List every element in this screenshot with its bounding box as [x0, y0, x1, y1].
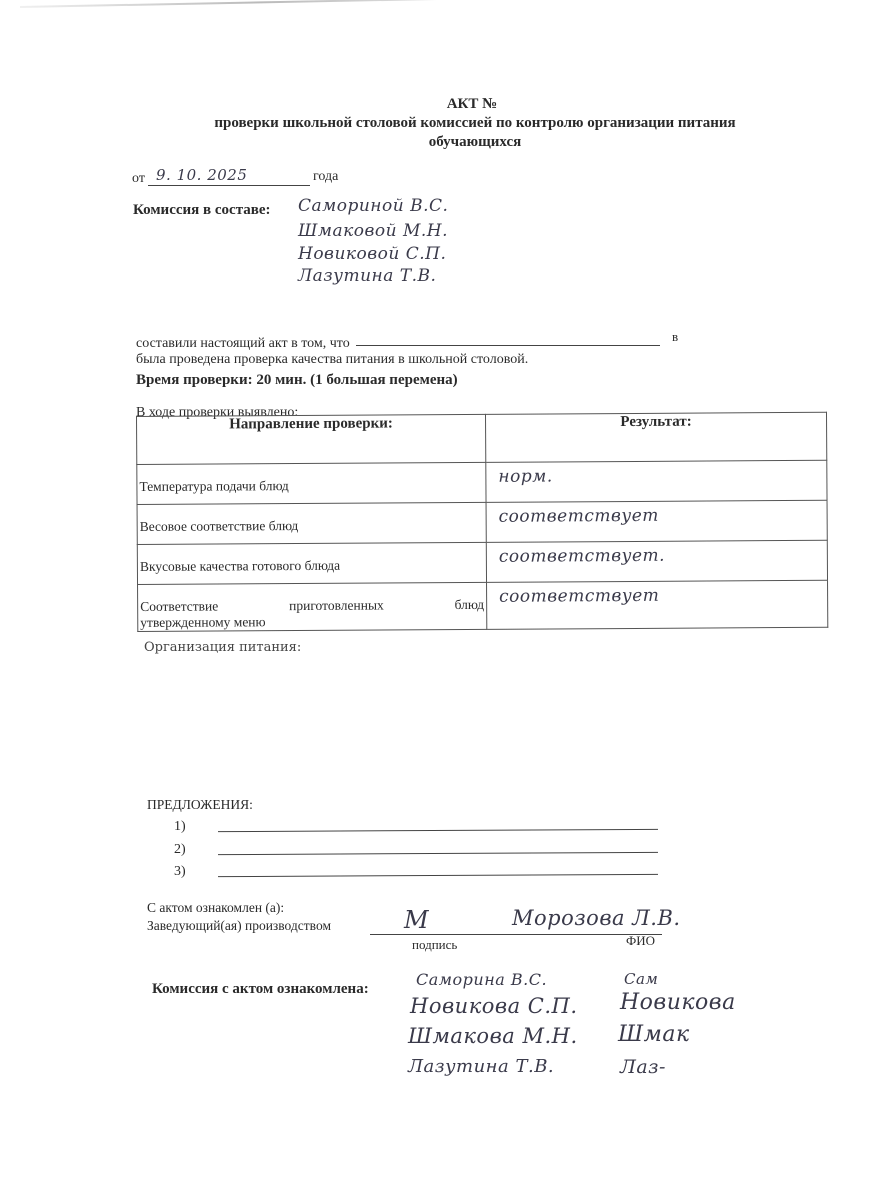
proposal-number-2: 2)	[174, 842, 186, 858]
proposal-number-3: 3)	[174, 864, 186, 880]
date-suffix: года	[313, 169, 338, 185]
signature-caption: подпись	[412, 937, 457, 953]
direction-word: приготовленных	[289, 597, 384, 614]
statement-line1: составили настоящий акт в том, что	[136, 336, 350, 352]
document-subtitle-line2: обучающихся	[120, 134, 830, 151]
scan-artifact	[20, 0, 500, 8]
commission-member-4: Лазутина Т.В.	[298, 266, 436, 286]
header-direction: Направление проверки:	[139, 415, 483, 434]
commission-label: Комиссия в составе:	[133, 202, 271, 219]
proposal-field-1[interactable]	[218, 829, 658, 832]
row-result[interactable]: соответствует	[499, 585, 825, 607]
commission-ack-signature-3: Шмак	[618, 1022, 690, 1047]
table-row: Температура подачи блюд норм.	[137, 460, 827, 504]
row-result[interactable]: норм.	[498, 465, 824, 487]
statement-line2: была проведена проверка качества питания…	[136, 352, 528, 368]
commission-member-1: Самориной В.С.	[298, 196, 448, 216]
header-result: Результат:	[488, 413, 824, 432]
organization-label: Организация питания:	[144, 640, 301, 655]
proposal-number-1: 1)	[174, 819, 186, 835]
proposal-field-3[interactable]	[218, 874, 658, 877]
statement-blank-field[interactable]	[356, 345, 660, 346]
table-row: Соответствие приготовленных блюд утвержд…	[138, 580, 828, 631]
proposals-label: ПРЕДЛОЖЕНИЯ:	[147, 797, 253, 813]
direction-word: Соответствие	[140, 599, 218, 615]
commission-ack-signature-2: Новикова	[620, 990, 736, 1015]
document-title: АКТ №	[0, 96, 872, 113]
row-direction: Вкусовые качества готового блюда	[140, 557, 484, 575]
commission-ack-name-1: Саморина В.С.	[416, 970, 547, 989]
table-row: Весовое соответствие блюд соответствует	[137, 500, 827, 544]
findings-table: Направление проверки: Результат: Темпера…	[136, 412, 828, 632]
proposal-field-2[interactable]	[218, 852, 658, 855]
commission-member-2: Шмаковой М.Н.	[298, 221, 448, 241]
commission-ack-name-2: Новикова С.П.	[410, 994, 578, 1018]
name-caption: ФИО	[626, 933, 655, 949]
row-direction: Температура подачи блюд	[139, 477, 483, 495]
table-row: Вкусовые качества готового блюда соответ…	[137, 540, 827, 584]
row-direction-line2: утвержденному меню	[140, 613, 484, 631]
commission-member-3: Новиковой С.П.	[298, 244, 446, 264]
check-time: Время проверки: 20 мин. (1 большая перем…	[136, 372, 458, 389]
row-result[interactable]: соответствует	[499, 505, 825, 527]
commission-ack-signature-4: Лаз-	[620, 1056, 666, 1078]
date-value: 9. 10. 2025	[156, 166, 247, 184]
row-direction: Весовое соответствие блюд	[140, 517, 484, 535]
direction-word: блюд	[455, 597, 485, 613]
production-head-signature: М	[404, 906, 429, 934]
commission-ack-name-3: Шмакова М.Н.	[408, 1024, 578, 1048]
document-subtitle-line1: проверки школьной столовой комиссией по …	[120, 115, 830, 132]
table-header-row: Направление проверки: Результат:	[137, 412, 827, 464]
row-result[interactable]: соответствует.	[499, 545, 825, 567]
commission-ack-label: Комиссия с актом ознакомлена:	[152, 981, 369, 998]
commission-ack-name-4: Лазутина Т.В.	[408, 1056, 554, 1077]
commission-ack-signature-1: Сам	[624, 970, 658, 988]
acknowledgement-signature-line[interactable]	[370, 934, 662, 935]
acknowledgement-line1: С актом ознакомлен (а):	[147, 900, 284, 916]
acknowledgement-role: Заведующий(ая) производством	[147, 918, 331, 934]
date-field[interactable]: 9. 10. 2025	[148, 166, 310, 186]
production-head-name: Морозова Л.В.	[512, 906, 681, 930]
statement-line1-tail: в	[672, 329, 678, 345]
date-prefix: от	[132, 171, 145, 187]
